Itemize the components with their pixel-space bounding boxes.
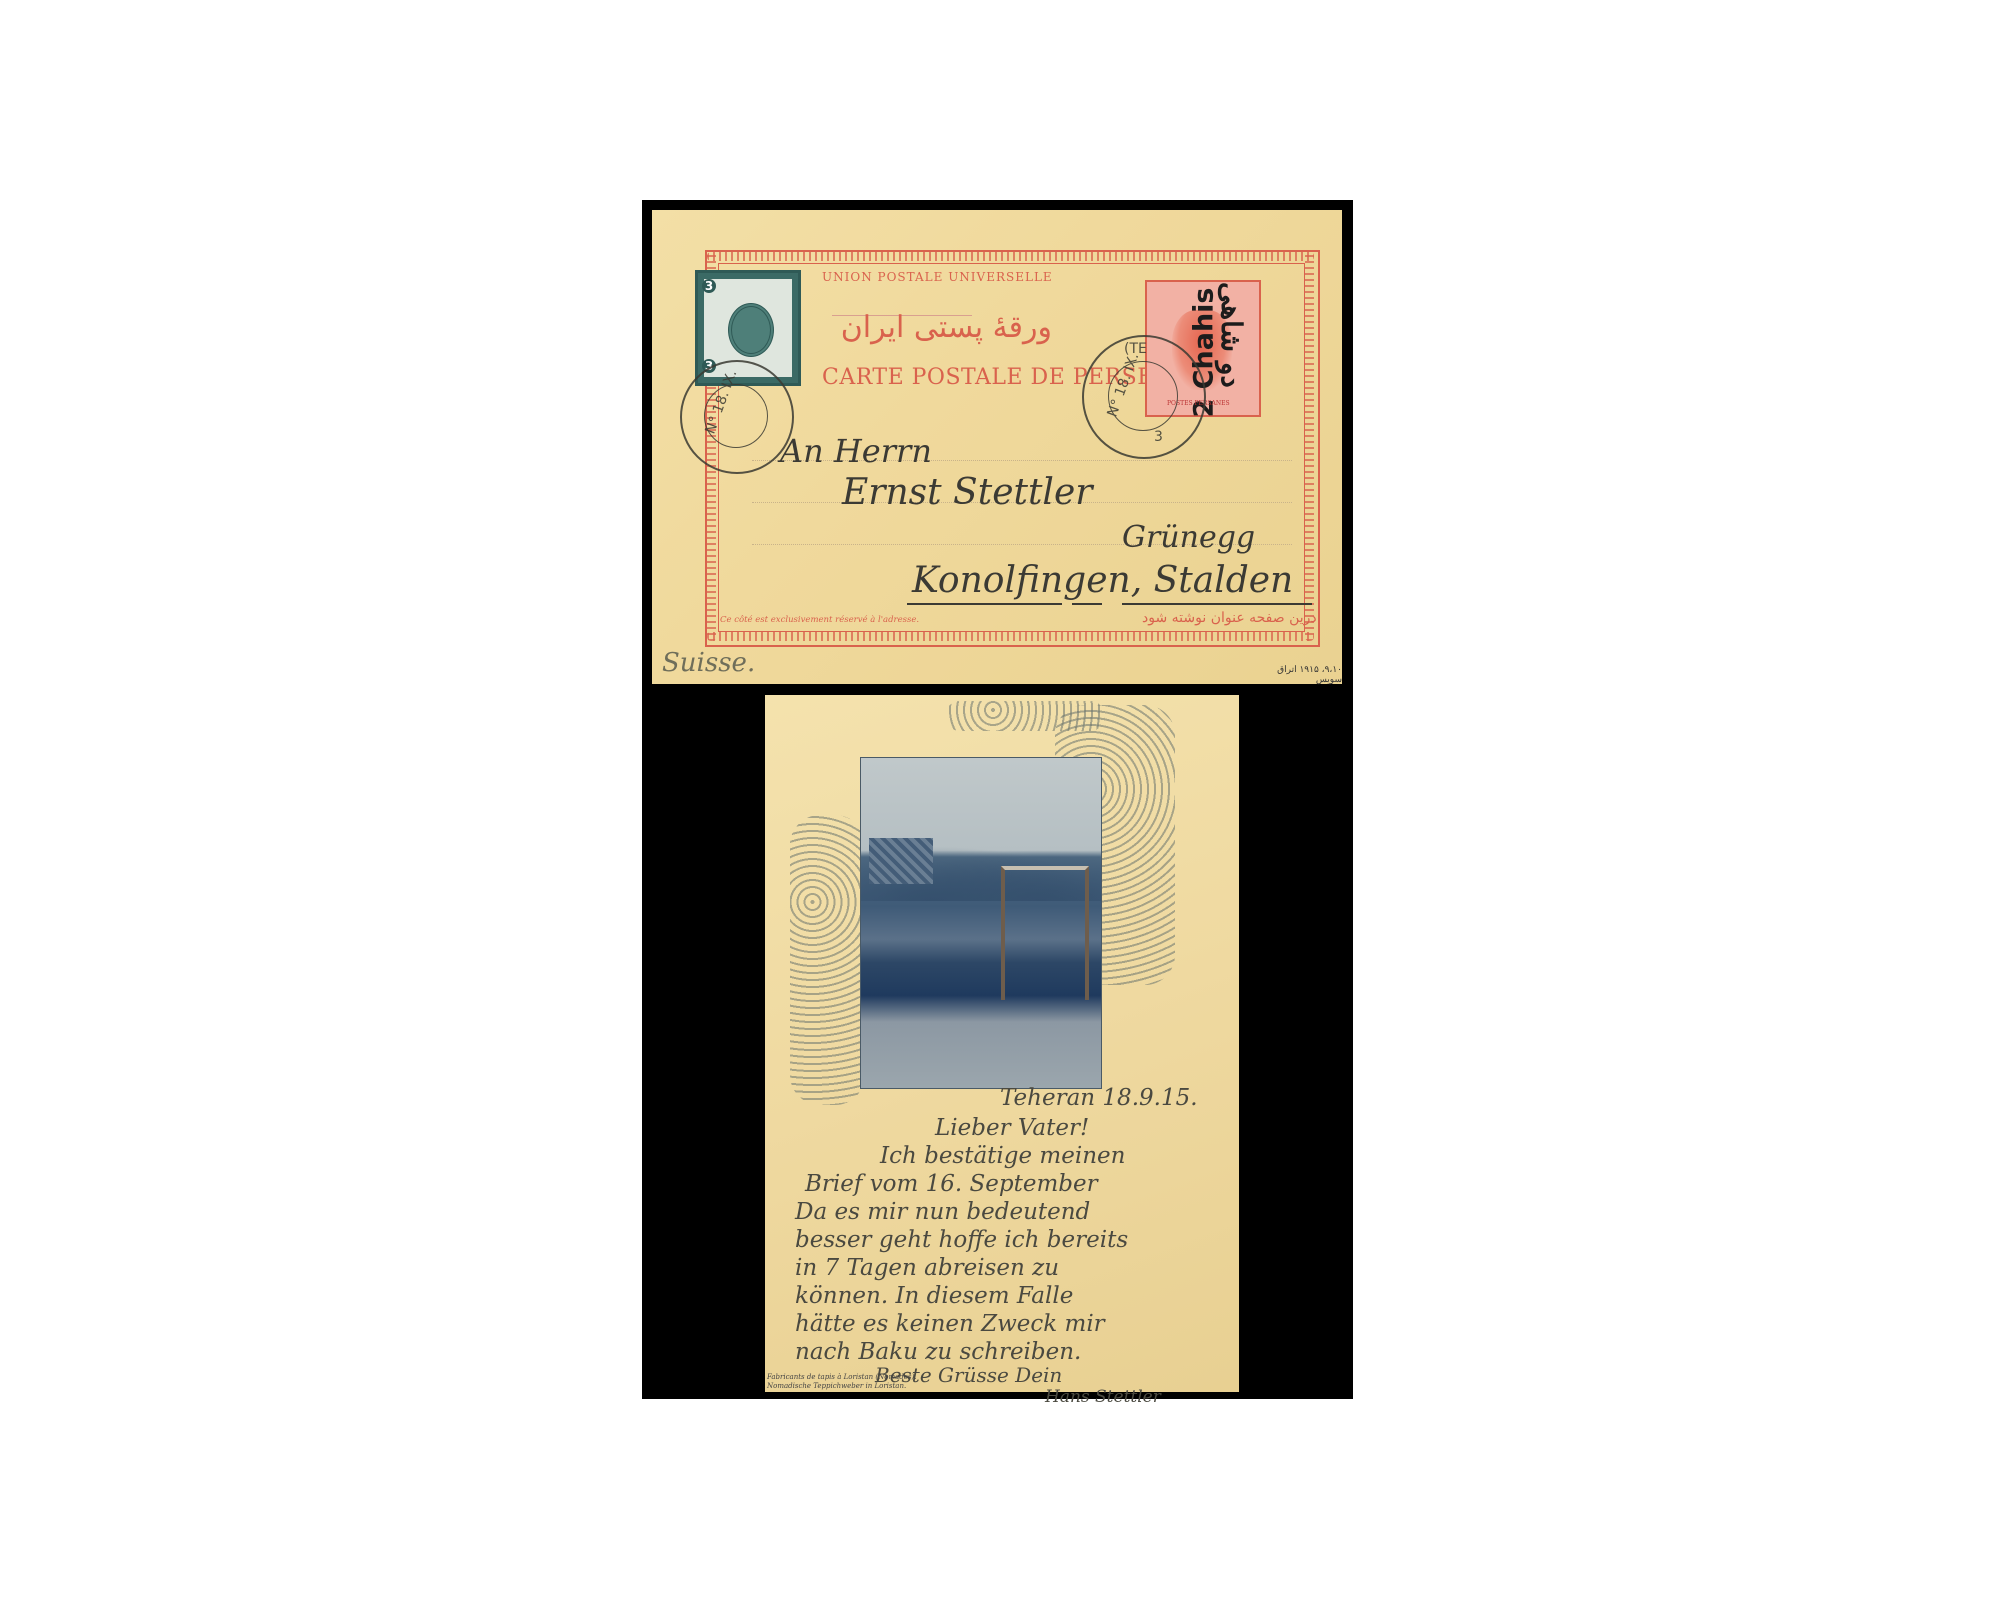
stamp-emblem xyxy=(728,303,774,357)
photo-caption: Fabricants de tapis à Loristan (Nomades)… xyxy=(767,1373,916,1391)
chain-ornament-bottom xyxy=(707,632,1314,641)
letter-signature: Hans Stettler xyxy=(1045,1387,1161,1407)
letter-line: können. In diesem Falle xyxy=(795,1283,1073,1309)
address-locality: Grünegg xyxy=(1122,520,1255,555)
footer-french: Ce côté est exclusivement réservé à l'ad… xyxy=(720,615,919,625)
margin-note-suisse: Suisse. xyxy=(662,648,755,678)
photo-nomad-weavers xyxy=(860,757,1102,1089)
address-town: Konolfingen, Stalden xyxy=(912,560,1293,601)
postmark-right: (TE N° 18. IX. 3 xyxy=(1082,335,1206,459)
carpet-loom xyxy=(1001,866,1089,1000)
letter-line: in 7 Tagen abreisen zu xyxy=(795,1255,1059,1281)
letter-line: Da es mir nun bedeutend xyxy=(795,1199,1090,1225)
letter-line: Ich bestätige meinen xyxy=(880,1143,1125,1169)
overprint-persian: دو شاهی xyxy=(1215,282,1248,388)
upu-header: UNION POSTALE UNIVERSELLE xyxy=(822,270,1053,284)
address-name: Ernst Stettler xyxy=(842,472,1092,513)
ribbon-ornament-top xyxy=(945,701,1105,731)
letter-line: nach Baku zu schreiben. xyxy=(795,1339,1081,1365)
floral-ornament-left xyxy=(790,815,865,1105)
chain-ornament-top xyxy=(707,252,1314,261)
chain-ornament-right xyxy=(1305,252,1314,641)
letter-place-date: Teheran 18.9.15. xyxy=(1000,1085,1198,1111)
letter-line: besser geht hoffe ich bereits xyxy=(795,1227,1128,1253)
address-salutation: An Herrn xyxy=(780,432,932,470)
persian-title: ورقهٔ پستی ایران xyxy=(802,310,1052,345)
footer-persian: درین صفحه عنوان نوشته شود xyxy=(1142,610,1317,626)
letter-line: Lieber Vater! xyxy=(935,1115,1089,1141)
letter-line: hätte es keinen Zweck mir xyxy=(795,1311,1105,1337)
postmark-left: N° 18. IX. xyxy=(680,360,794,474)
postcard-back: Teheran 18.9.15. Lieber Vater! Ich bestä… xyxy=(765,695,1239,1392)
stamp-value: 3 xyxy=(702,279,716,293)
postcard-front: UNION POSTALE UNIVERSELLE ورقهٔ پستی ایر… xyxy=(652,210,1342,684)
margin-note-persian: ۹،۱۰، ۱۹۱۵ اتراق سویس xyxy=(1252,665,1342,685)
letter-line: Brief vom 16. September xyxy=(805,1171,1098,1197)
